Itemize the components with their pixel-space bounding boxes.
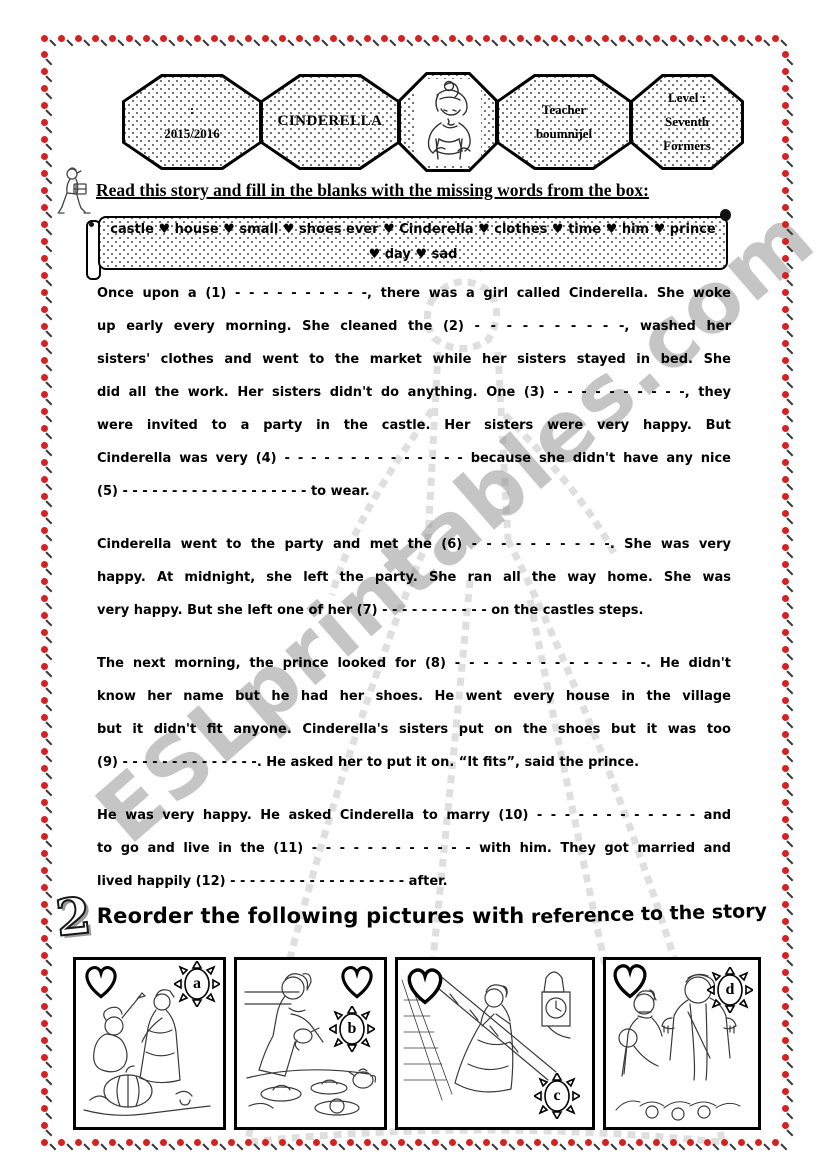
picture-c-letter: c bbox=[534, 1073, 580, 1119]
story-line: but it didn't fit anyone. Cinderella's s… bbox=[97, 713, 731, 746]
year-badge-colon: : bbox=[190, 100, 194, 120]
story: Once upon a (1) - - - - - - - - - -, the… bbox=[97, 277, 731, 918]
picture-a-letter: a bbox=[174, 961, 220, 1007]
story-line: Cinderella went to the party and met the… bbox=[97, 528, 731, 561]
story-paragraph: Once upon a (1) - - - - - - - - - -, the… bbox=[97, 277, 731, 508]
story-line: sisters' clothes and went to the market … bbox=[97, 343, 731, 376]
story-line: He was very happy. He asked Cinderella t… bbox=[97, 799, 731, 832]
section-2-number: 2 bbox=[53, 885, 94, 947]
section-2-title: Reorder the following pictures with bbox=[97, 904, 525, 928]
header: : 2015/2016 CINDERELLA bbox=[122, 74, 742, 172]
story-line: Cinderella was very (4) - - - - - - - - … bbox=[97, 442, 731, 475]
title-badge: CINDERELLA bbox=[260, 74, 400, 170]
word-box-line-1: castle ♥ house ♥ small ♥ shoes ever ♥ Ci… bbox=[110, 218, 715, 243]
picture-c: c bbox=[395, 957, 595, 1130]
level-badge: Level : Seventh Formers bbox=[630, 74, 744, 170]
page-border-right bbox=[781, 50, 795, 1138]
portrait-badge bbox=[398, 72, 498, 172]
heart-icon bbox=[337, 963, 377, 999]
story-line: The next morning, the prince looked for … bbox=[97, 647, 731, 680]
year-badge: : 2015/2016 bbox=[122, 74, 262, 170]
picture-d: d bbox=[603, 957, 761, 1130]
story-line: happy. At midnight, she left the party. … bbox=[97, 561, 731, 594]
scroll-rod-cap bbox=[89, 222, 94, 227]
level-value-1: Seventh bbox=[665, 112, 709, 132]
story-line: Once upon a (1) - - - - - - - - - -, the… bbox=[97, 277, 731, 310]
sun-label-b: b bbox=[329, 1006, 375, 1052]
teacher-label: Teacher bbox=[542, 100, 586, 120]
teacher-name: boumnijel bbox=[536, 124, 592, 144]
heart-icon bbox=[81, 963, 121, 999]
teacher-badge: Teacher boumnijel bbox=[496, 74, 632, 170]
word-box: castle ♥ house ♥ small ♥ shoes ever ♥ Ci… bbox=[86, 214, 728, 272]
sun-label-a: a bbox=[174, 961, 220, 1007]
level-label: Level : bbox=[668, 88, 706, 108]
story-line: were invited to a party in the castle. H… bbox=[97, 409, 731, 442]
year-badge-year: 2015/2016 bbox=[164, 124, 220, 144]
section-2-heading: 2 Reorder the following pictures with re… bbox=[56, 884, 767, 948]
sun-label-c: c bbox=[534, 1073, 580, 1119]
word-box-line-2: ♥ day ♥ sad bbox=[369, 243, 458, 268]
story-paragraph: Cinderella went to the party and met the… bbox=[97, 528, 731, 627]
picture-b: b bbox=[234, 957, 387, 1130]
level-value-2: Formers bbox=[663, 136, 711, 156]
picture-strip: a bbox=[73, 957, 761, 1130]
scroll-curl bbox=[720, 209, 731, 221]
story-line: (5) - - - - - - - - - - - - - - - - - - … bbox=[97, 475, 731, 508]
instruction-title: Read this story and fill in the blanks w… bbox=[96, 180, 728, 201]
page-border-top bbox=[40, 34, 788, 48]
story-line: to go and live in the (11) - - - - - - -… bbox=[97, 832, 731, 865]
story-line: up early every morning. She cleaned the … bbox=[97, 310, 731, 343]
story-paragraph: The next morning, the prince looked for … bbox=[97, 647, 731, 779]
page-border-bottom bbox=[40, 1138, 788, 1152]
picture-a: a bbox=[73, 957, 226, 1130]
picture-b-letter: b bbox=[329, 1006, 375, 1052]
story-line: (9) - - - - - - - - - - - - - -. He aske… bbox=[97, 746, 731, 779]
page-border-left bbox=[40, 50, 54, 1138]
story-line: know her name but he had her shoes. He w… bbox=[97, 680, 731, 713]
section-2-title-tail: reference to the story bbox=[531, 900, 768, 928]
picture-d-letter: d bbox=[707, 967, 753, 1013]
story-line: very happy. But she left one of her (7) … bbox=[97, 594, 731, 627]
worksheet-title: CINDERELLA bbox=[277, 110, 382, 133]
heart-icon bbox=[609, 961, 651, 999]
sun-label-d: d bbox=[707, 967, 753, 1013]
story-line: did all the work. Her sisters didn't do … bbox=[97, 376, 731, 409]
cinderella-portrait-icon bbox=[415, 79, 481, 165]
heart-icon bbox=[403, 965, 447, 1005]
worksheet-page: ESLprintables.com : 2015/2016 CINDERELLA bbox=[0, 0, 826, 1169]
